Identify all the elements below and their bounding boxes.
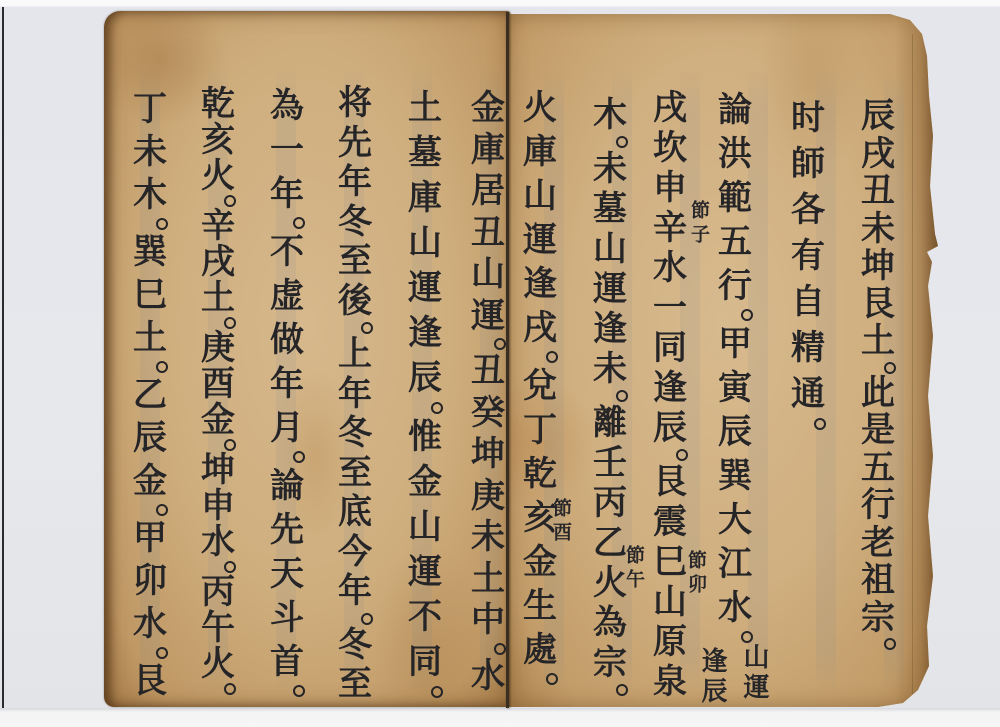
punctuation-circle: 。: [646, 448, 694, 462]
glyph: 午: [194, 610, 242, 646]
glyph: 水: [711, 586, 759, 630]
glyph: 各: [784, 187, 832, 233]
glyph: 宗: [854, 600, 902, 638]
glyph: 丁: [126, 88, 174, 131]
scanner-bed-bottom: [0, 708, 1000, 727]
marginal-note-shan-yun: 山運: [743, 643, 773, 703]
text-column-9: 将先年冬至後。上年冬至底今年。冬至: [331, 84, 379, 705]
glyph: 一: [263, 128, 311, 172]
text-column-6: 火庫山運逢戌。兌丁乾亥金生處。: [516, 86, 564, 686]
punctuation-circle: 。: [586, 389, 634, 403]
punctuation-circle: 。: [194, 560, 242, 574]
glyph: 至: [331, 242, 379, 282]
glyph: 戌: [516, 306, 564, 350]
marginal-note-jie-wu: 節午: [624, 545, 648, 593]
glyph: 上: [331, 335, 379, 375]
glyph: 辰: [401, 356, 449, 401]
glyph: 行: [854, 487, 902, 525]
glyph: 冬: [331, 626, 379, 666]
glyph: 逢: [401, 311, 449, 356]
text-column-4: 戌坎申辛水一同逢辰。艮震巳山原泉: [646, 88, 694, 702]
glyph: 乾: [194, 86, 242, 122]
punctuation-circle: 。: [854, 361, 902, 375]
glyph: 先: [331, 124, 379, 164]
glyph: 做: [263, 318, 311, 362]
glyph: 山: [464, 254, 510, 296]
glyph: 山: [516, 174, 564, 218]
text-column-12: 丁未木。巽巳土。乙辰金。甲卯水。艮: [126, 88, 174, 703]
punctuation-circle: 。: [464, 337, 510, 351]
glyph: 是: [854, 412, 902, 450]
glyph: 冬: [331, 203, 379, 243]
glyph: 斗: [263, 596, 311, 640]
glyph: 墓: [401, 131, 449, 176]
page-margin-rule: [912, 34, 913, 694]
glyph: 水: [646, 248, 694, 288]
glyph: 同: [646, 328, 694, 368]
glyph: 江: [711, 542, 759, 586]
glyph: 水: [464, 656, 510, 698]
punctuation-circle: 。: [126, 503, 174, 517]
punctuation-circle: 。: [586, 683, 634, 697]
glyph: 至: [331, 454, 379, 494]
punctuation-circle: 。: [516, 350, 564, 364]
glyph: 未: [586, 149, 634, 189]
glyph: 逢: [646, 368, 694, 408]
glyph: 乾: [516, 452, 564, 496]
glyph: 巽: [126, 231, 174, 274]
glyph: 酉: [194, 366, 242, 402]
glyph: 山: [401, 505, 449, 550]
punctuation-circle: 。: [711, 630, 759, 644]
text-column-8: 土墓庫山運逢辰。惟金山運不同。: [401, 86, 449, 699]
glyph: 生: [516, 584, 564, 628]
glyph: 戌: [646, 88, 694, 128]
glyph: 老: [854, 525, 902, 563]
glyph: 冬: [331, 414, 379, 454]
glyph: 庫: [516, 130, 564, 174]
punctuation-circle: 。: [331, 321, 379, 335]
glyph: 丙: [194, 574, 242, 610]
glyph: 範: [711, 176, 759, 220]
glyph: 庫: [401, 176, 449, 221]
glyph: 丑: [854, 173, 902, 211]
glyph: 虚: [263, 274, 311, 318]
text-column-1: 辰戌丑未坤艮土。此是五行老祖宗。: [854, 98, 902, 651]
glyph: 火: [194, 646, 242, 682]
glyph: 丑: [464, 351, 510, 393]
glyph: 論: [711, 88, 759, 132]
glyph: 乙: [126, 374, 174, 417]
punctuation-circle: 。: [263, 216, 311, 230]
glyph: 木: [126, 174, 174, 217]
glyph: 坤: [854, 248, 902, 286]
glyph: 辛: [194, 208, 242, 244]
glyph: 祖: [854, 562, 902, 600]
glyph: 年: [331, 375, 379, 415]
glyph: 水: [126, 603, 174, 646]
glyph: 離: [586, 403, 634, 443]
punctuation-circle: 。: [401, 401, 449, 415]
glyph: 自: [784, 279, 832, 325]
glyph: 精: [784, 325, 832, 371]
glyph: 戌: [194, 244, 242, 280]
glyph: 坤: [464, 434, 510, 476]
glyph: 至: [331, 665, 379, 705]
glyph: 金: [194, 402, 242, 438]
glyph: 时: [784, 95, 832, 141]
text-column-5: 木。未墓山運逢未。離壬丙乙火為宗。: [586, 95, 634, 697]
glyph: 逢: [516, 262, 564, 306]
glyph: 丁: [516, 408, 564, 452]
glyph: 丑: [464, 213, 510, 255]
glyph: 一: [646, 288, 694, 328]
punctuation-circle: 。: [464, 642, 510, 656]
scan-edge-line: [2, 7, 4, 727]
glyph: 有: [784, 233, 832, 279]
glyph: 亥: [194, 122, 242, 158]
glyph: 土: [126, 317, 174, 360]
glyph: 戌: [854, 136, 902, 174]
punctuation-circle: 。: [401, 685, 449, 699]
punctuation-circle: 。: [126, 646, 174, 660]
glyph: 原: [646, 622, 694, 662]
glyph: 運: [586, 269, 634, 309]
glyph: 年: [263, 362, 311, 406]
punctuation-circle: 。: [331, 612, 379, 626]
punctuation-circle: 。: [784, 417, 832, 431]
marginal-note-feng-chen: 逢辰: [701, 647, 731, 707]
glyph: 此: [854, 375, 902, 413]
text-column-2: 时師各有自精通。: [784, 95, 832, 431]
glyph: 五: [711, 220, 759, 264]
glyph: 五: [854, 450, 902, 488]
glyph: 墓: [586, 189, 634, 229]
glyph: 運: [516, 218, 564, 262]
glyph: 卯: [126, 560, 174, 603]
punctuation-circle: 。: [586, 135, 634, 149]
glyph: 丙: [586, 483, 634, 523]
glyph: 天: [263, 552, 311, 596]
glyph: 木: [586, 95, 634, 135]
text-column-7: 金庫居丑山運。丑癸坤庚未土中。水: [464, 88, 510, 697]
glyph: 為: [263, 84, 311, 128]
glyph: 甲: [126, 517, 174, 560]
glyph: 震: [646, 502, 694, 542]
glyph: 泉: [646, 662, 694, 702]
left-page: 金庫居丑山運。丑癸坤庚未土中。水 土墓庫山運逢辰。惟金山運不同。 将先年冬至後。…: [104, 11, 510, 707]
glyph: 同: [401, 640, 449, 685]
glyph: 不: [263, 230, 311, 274]
glyph: 行: [711, 264, 759, 308]
glyph: 年: [331, 163, 379, 203]
glyph: 辰: [711, 410, 759, 454]
text-column-10: 為一年。不虚做年月。論先天斗首。: [263, 84, 311, 698]
glyph: 不: [401, 595, 449, 640]
glyph: 巽: [711, 454, 759, 498]
book-spine: [506, 12, 509, 708]
glyph: 甲: [711, 322, 759, 366]
glyph: 居: [464, 171, 510, 213]
punctuation-circle: 。: [126, 217, 174, 231]
glyph: 金: [464, 88, 510, 130]
glyph: 坤: [194, 452, 242, 488]
glyph: 艮: [126, 660, 174, 703]
glyph: 逢: [586, 309, 634, 349]
glyph: 坎: [646, 128, 694, 168]
right-page: 辰戌丑未坤艮土。此是五行老祖宗。 时師各有自精通。 論洪範五行。甲寅辰巽大江水。…: [508, 14, 938, 707]
glyph: 火: [194, 158, 242, 194]
glyph: 金: [401, 460, 449, 505]
glyph: 寅: [711, 366, 759, 410]
glyph: 未: [126, 131, 174, 174]
glyph: 山: [586, 229, 634, 269]
glyph: 庫: [464, 130, 510, 172]
glyph: 洪: [711, 132, 759, 176]
punctuation-circle: 。: [194, 316, 242, 330]
punctuation-circle: 。: [263, 684, 311, 698]
glyph: 為: [586, 603, 634, 643]
glyph: 火: [516, 86, 564, 130]
glyph: 土: [194, 280, 242, 316]
glyph: 底: [331, 493, 379, 533]
glyph: 首: [263, 640, 311, 684]
marginal-note-jie-you: 節酉: [551, 498, 575, 546]
marginal-note-jie-mao: 節卯: [686, 550, 710, 598]
punctuation-circle: 。: [126, 360, 174, 374]
glyph: 水: [194, 524, 242, 560]
glyph: 金: [516, 540, 564, 584]
glyph: 年: [263, 172, 311, 216]
punctuation-circle: 。: [194, 194, 242, 208]
glyph: 師: [784, 141, 832, 187]
glyph: 大: [711, 498, 759, 542]
glyph: 年: [331, 572, 379, 612]
glyph: 通: [784, 371, 832, 417]
text-column-11: 乾亥火。辛戌土。庚酉金。坤申水。丙午火。: [194, 86, 242, 696]
punctuation-circle: 。: [516, 672, 564, 686]
glyph: 土: [854, 323, 902, 361]
glyph: 土: [401, 86, 449, 131]
glyph: 中: [464, 600, 510, 642]
glyph: 辰: [854, 98, 902, 136]
glyph: 論: [263, 464, 311, 508]
glyph: 宗: [586, 643, 634, 683]
glyph: 惟: [401, 415, 449, 460]
glyph: 庚: [194, 330, 242, 366]
glyph: 艮: [646, 462, 694, 502]
glyph: 先: [263, 508, 311, 552]
glyph: 後: [331, 282, 379, 322]
glyph: 艮: [854, 286, 902, 324]
glyph: 土: [464, 559, 510, 601]
glyph: 申: [194, 488, 242, 524]
glyph: 未: [586, 349, 634, 389]
glyph: 未: [854, 211, 902, 249]
punctuation-circle: 。: [854, 637, 902, 651]
glyph: 辰: [126, 417, 174, 460]
glyph: 兌: [516, 364, 564, 408]
glyph: 辰: [646, 408, 694, 448]
punctuation-circle: 。: [194, 438, 242, 452]
glyph: 今: [331, 533, 379, 573]
punctuation-circle: 。: [263, 450, 311, 464]
glyph: 庚: [464, 476, 510, 518]
glyph: 金: [126, 460, 174, 503]
glyph: 壬: [586, 443, 634, 483]
glyph: 運: [464, 296, 510, 338]
punctuation-circle: 。: [711, 308, 759, 322]
glyph: 山: [401, 221, 449, 266]
marginal-note-jie-zi: 節子: [689, 200, 713, 248]
punctuation-circle: 。: [194, 682, 242, 696]
glyph: 處: [516, 628, 564, 672]
glyph: 月: [263, 406, 311, 450]
text-column-3: 論洪範五行。甲寅辰巽大江水。: [711, 88, 759, 644]
glyph: 巳: [126, 274, 174, 317]
glyph: 運: [401, 550, 449, 595]
glyph: 癸: [464, 393, 510, 435]
glyph: 将: [331, 84, 379, 124]
glyph: 未: [464, 517, 510, 559]
glyph: 運: [401, 266, 449, 311]
